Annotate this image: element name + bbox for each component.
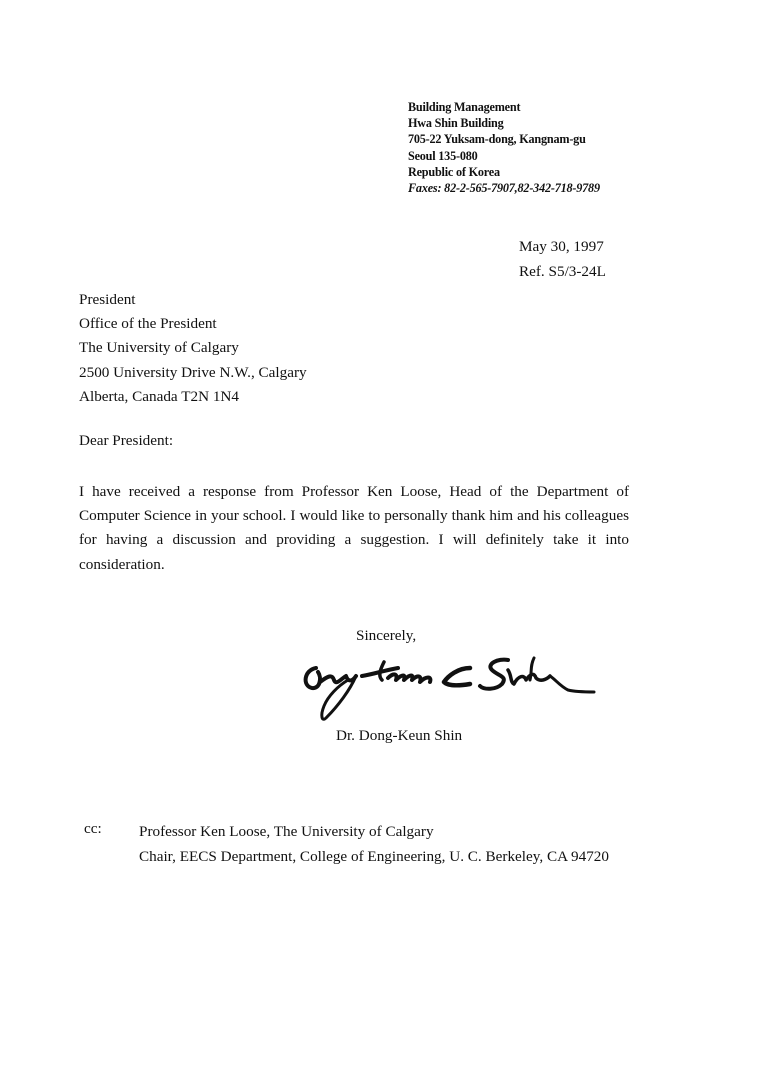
letterhead-line: Seoul 135-080 — [408, 148, 600, 164]
cc-recipient: Professor Ken Loose, The University of C… — [139, 820, 609, 845]
recipient-line: Alberta, Canada T2N 1N4 — [79, 385, 307, 409]
letterhead-line: Building Management — [408, 99, 600, 115]
letter-reference: Ref. S5/3-24L — [519, 260, 606, 285]
letter-body: I have received a response from Professo… — [79, 480, 629, 577]
salutation: Dear President: — [79, 432, 173, 450]
recipient-line: 2500 University Drive N.W., Calgary — [79, 361, 307, 385]
cc-recipient: Chair, EECS Department, College of Engin… — [139, 845, 609, 870]
letterhead: Building Management Hwa Shin Building 70… — [408, 99, 600, 196]
letterhead-line: Republic of Korea — [408, 164, 600, 180]
signature-icon — [298, 646, 598, 726]
letterhead-line: 705-22 Yuksam-dong, Kangnam-gu — [408, 131, 600, 147]
signer-name: Dr. Dong-Keun Shin — [336, 727, 462, 745]
date-block: May 30, 1997 Ref. S5/3-24L — [519, 235, 606, 284]
recipient-line: President — [79, 288, 307, 312]
letter-date: May 30, 1997 — [519, 235, 606, 260]
recipient-address: President Office of the President The Un… — [79, 288, 307, 409]
cc-label: cc: — [84, 820, 102, 838]
letterhead-faxes: Faxes: 82-2-565-7907,82-342-718-9789 — [408, 180, 600, 196]
cc-list: Professor Ken Loose, The University of C… — [139, 820, 609, 869]
recipient-line: Office of the President — [79, 312, 307, 336]
letterhead-line: Hwa Shin Building — [408, 115, 600, 131]
closing: Sincerely, — [356, 627, 416, 645]
recipient-line: The University of Calgary — [79, 336, 307, 360]
